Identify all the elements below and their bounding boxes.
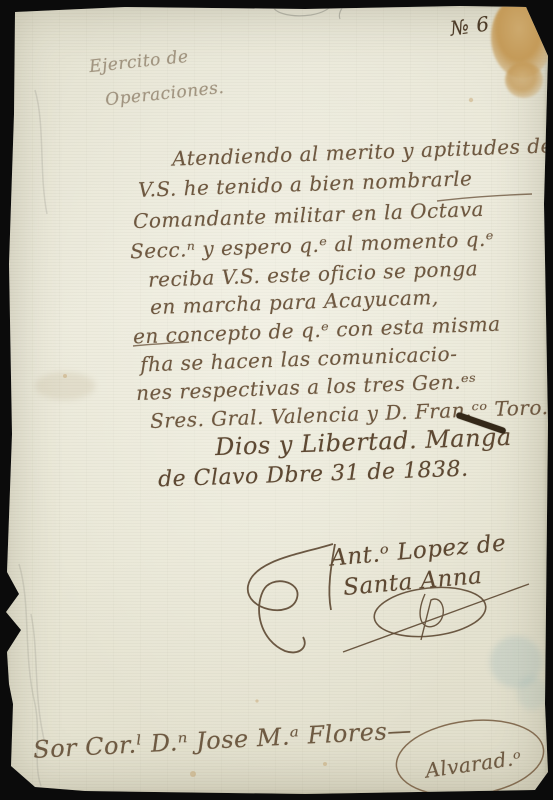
paper-sheet: № 6 Ejercito de Operaciones. Atendiendo … (5, 4, 548, 794)
closing-line-2: de Clavo Dbre 31 de 1838. (158, 457, 469, 493)
paper-smudge (35, 372, 95, 400)
body-line: Comandante militar en la Octava (133, 197, 485, 233)
body-line: Atendiendo al merito y aptitudes de (172, 133, 553, 170)
body-line: V.S. he tenido a bien nombrarle (138, 166, 473, 202)
paper-stain-drip (505, 62, 543, 98)
docket-line-1: Ejercito de (88, 47, 189, 77)
archive-number: № 6 (449, 11, 491, 40)
stamp-text: Alvarad.ᵒ (424, 745, 523, 782)
scanned-letter-page: № 6 Ejercito de Operaciones. Atendiendo … (0, 0, 553, 800)
address-line: Sor Cor.ˡ D.ⁿ Jose M.ᵃ Flores— (33, 716, 413, 764)
docket-line-2: Operaciones. (104, 78, 225, 110)
paper-smudge-blue-2 (517, 676, 547, 710)
